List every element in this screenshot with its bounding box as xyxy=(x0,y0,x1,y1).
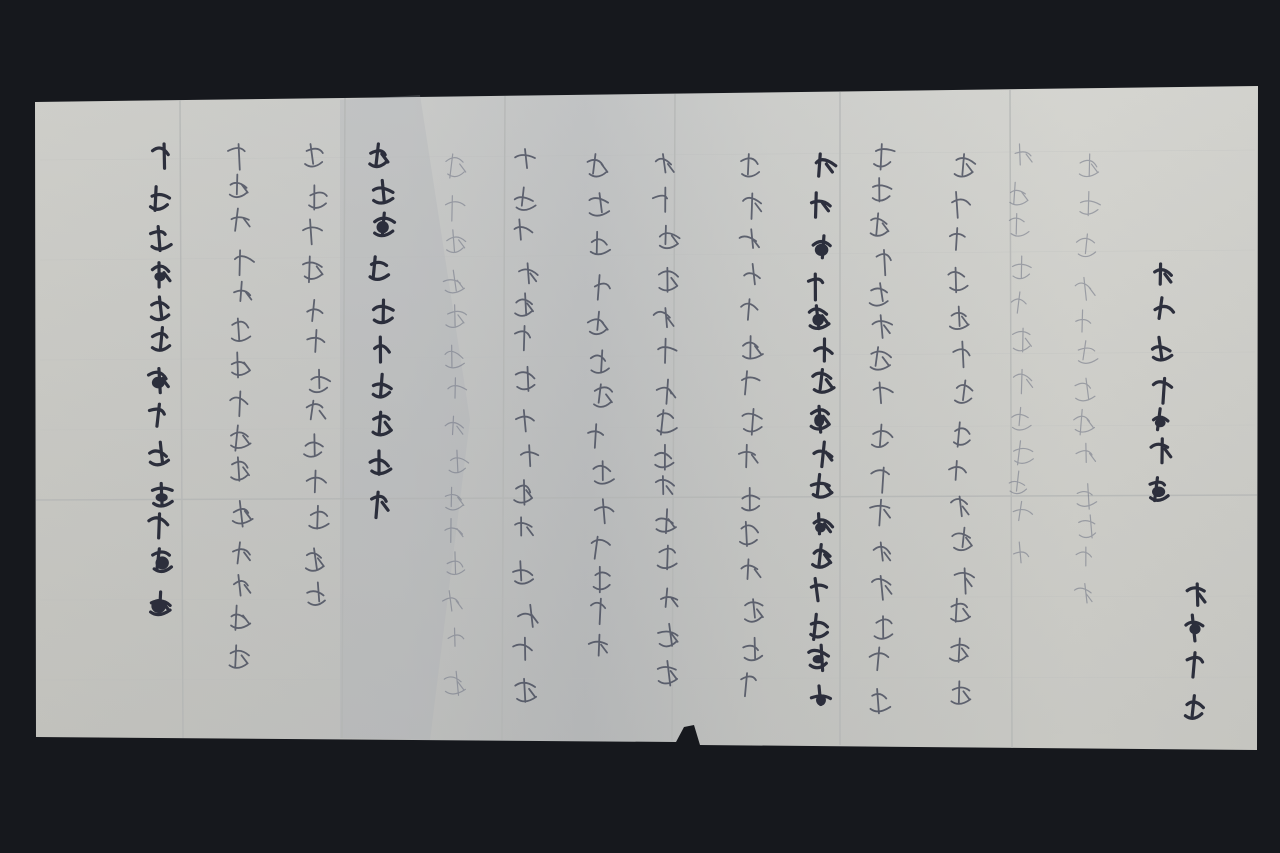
letter-paper xyxy=(35,86,1258,750)
photo-scene xyxy=(0,0,1280,853)
